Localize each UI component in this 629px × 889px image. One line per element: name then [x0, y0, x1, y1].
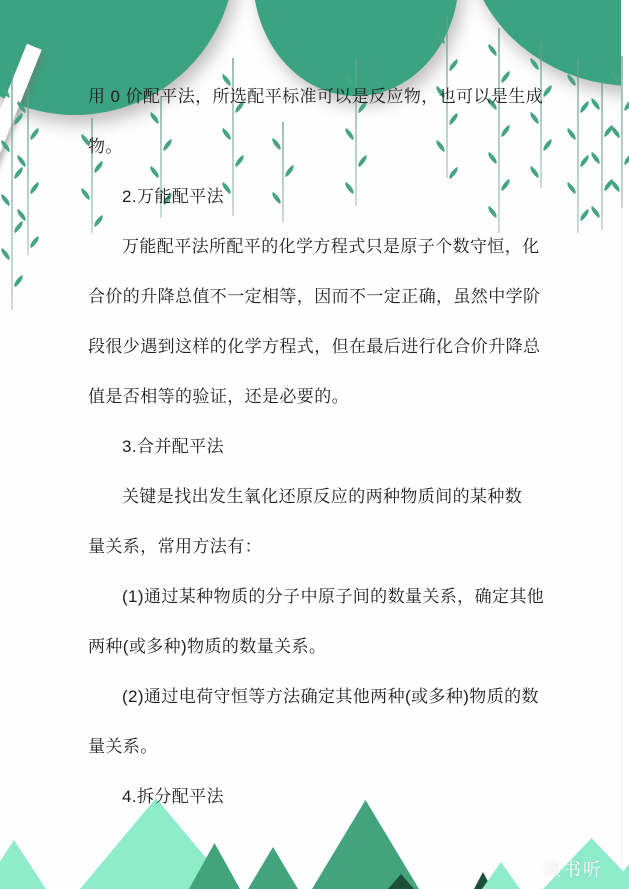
willow-leaf-icon — [11, 275, 25, 287]
willow-leaf-icon — [11, 221, 25, 233]
tree-triangle-green — [248, 847, 298, 889]
willow-leaf-icon — [588, 152, 602, 164]
text-line: 量关系。 — [88, 722, 550, 772]
willow-leaf-icon — [0, 248, 13, 260]
text-line: (1)通过某种物质的分子中原子间的数量关系，确定其他 — [88, 572, 550, 622]
text-line: 量关系，常用方法有： — [88, 522, 550, 572]
willow-leaf-icon — [0, 194, 13, 206]
willow-strand — [27, 85, 29, 255]
page-background: 用 0 价配平法，所选配平标准可以是反应物，也可以是生成物。2.万能配平法万能配… — [0, 0, 629, 889]
text-line: (2)通过电荷守恒等方法确定其他两种(或多种)物质的数 — [88, 672, 550, 722]
text-line: 物。 — [88, 122, 550, 172]
willow-leaf-icon — [27, 182, 41, 194]
willow-leaf-icon — [14, 209, 28, 221]
willow-leaf-icon — [588, 98, 602, 110]
willow-leaf-icon — [564, 128, 578, 140]
text-line: 4.拆分配平法 — [88, 772, 550, 822]
willow-leaf-icon — [577, 209, 591, 221]
document-text: 用 0 价配平法，所选配平标准可以是反应物，也可以是生成物。2.万能配平法万能配… — [88, 72, 550, 822]
willow-leaf-icon — [588, 206, 602, 218]
willow-leaf-icon — [27, 236, 41, 248]
willow-strand — [577, 58, 579, 233]
willow-leaf-icon — [14, 155, 28, 167]
text-line: 用 0 价配平法，所选配平标准可以是反应物，也可以是生成 — [88, 72, 550, 122]
watermark: 读书听 — [543, 856, 603, 882]
willow-leaf-icon — [27, 128, 41, 140]
willow-leaf-icon — [564, 182, 578, 194]
tree-triangle-mint — [0, 840, 46, 889]
text-line: 关键是找出发生氧化还原反应的两种物质间的某种数 — [88, 472, 550, 522]
willow-leaf-icon — [446, 59, 460, 71]
willow-strand — [621, 56, 623, 208]
willow-leaf-icon — [11, 167, 25, 179]
willow-strand — [11, 70, 13, 310]
willow-leaf-icon — [527, 58, 541, 70]
text-line: 段很少遇到这样的化学方程式，但在最后进行化合价升降总 — [88, 322, 550, 372]
willow-leaf-icon — [485, 44, 499, 56]
text-line: 3.合并配平法 — [88, 422, 550, 472]
willow-strand — [601, 82, 603, 230]
text-line: 2.万能配平法 — [88, 172, 550, 222]
willow-leaf-icon — [564, 74, 578, 86]
text-line: 万能配平法所配平的化学方程式只是原子个数守恒，化 — [88, 222, 550, 272]
text-line: 合价的升降总值不一定相等，因而不一定正确，虽然中学阶 — [88, 272, 550, 322]
tree-triangle-mint — [482, 862, 520, 889]
willow-leaf-icon — [0, 140, 13, 152]
text-line: 值是否相等的验证，还是必要的。 — [88, 372, 550, 422]
willow-leaf-icon — [577, 155, 591, 167]
willow-leaf-icon — [577, 101, 591, 113]
text-line: 两种(或多种)物质的数量关系。 — [88, 622, 550, 672]
